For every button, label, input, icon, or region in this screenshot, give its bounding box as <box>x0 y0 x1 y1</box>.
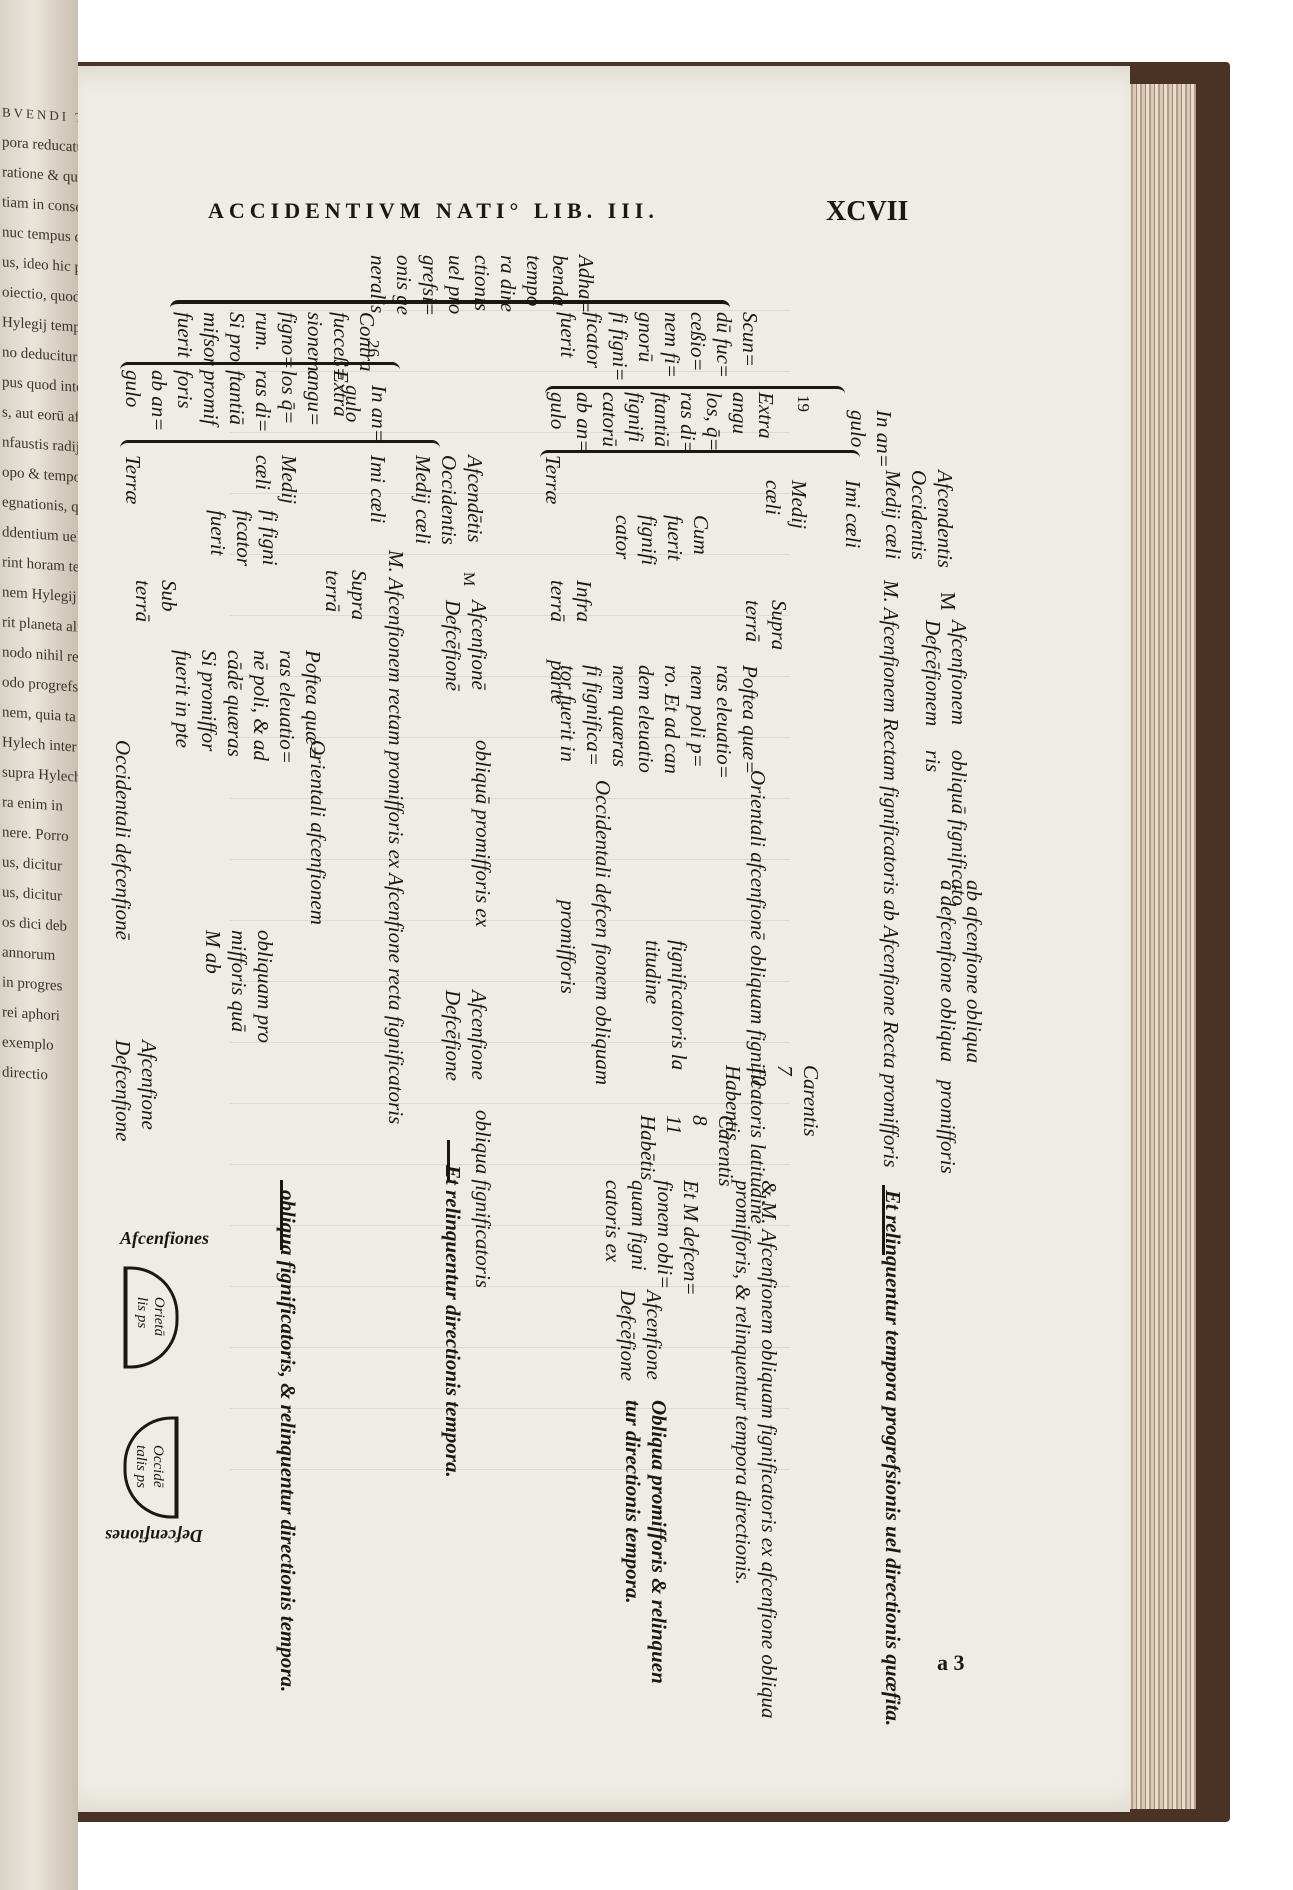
facing-page-text: BVENDI TEM pora reducatur, & probratione… <box>2 97 78 1092</box>
asc-desc-left: Afcenfionē Defcēfionē <box>440 600 492 691</box>
occidentali-descensionem-right: Occidentali defcen fionem obliquam <box>590 780 616 1085</box>
asc-desc-right: Afcenfionem Defcēfionem <box>920 620 972 726</box>
et-relinquentur-tempora-main: Et relinquentur tempora progrefsionis ue… <box>880 1190 906 1726</box>
descensiones-label: Defcenfiones <box>105 1525 203 1546</box>
obliqua-significatoris-e: obliqua fignificatoris, & relinquentur d… <box>275 1190 301 1692</box>
running-head: ACCIDENTIVM NATI° LIB. III. <box>208 198 659 224</box>
col-extra-promissor: Extra angu= los q̄= ras di= ftantiā prom… <box>120 370 354 450</box>
ab-ascensione-obliqua: ab afcenfione obliqua á defcenfione obli… <box>935 880 987 1063</box>
promissoris-right: promifforis <box>935 1080 961 1174</box>
m-right: M <box>935 592 961 611</box>
occidentali-descensionem-left: Occidentali defcenfionē <box>110 740 136 940</box>
imi-coeli-right: Imi cæli <box>840 480 866 548</box>
asc-desc-e: Afcenfione Defcenfione <box>110 1040 162 1141</box>
obliqua-promissoris-d: Obliqua promifforis & relinquen tur dire… <box>620 1400 672 1684</box>
carentis-habentis-lower: Carentis 8 11 Habētis <box>635 1115 739 1187</box>
facing-line: directio <box>2 1057 78 1092</box>
et-m-ascensionem-obliquam: & M. Afcenfionem obliquam fignificatoris… <box>730 1180 782 1719</box>
orientali-ascensionem-right: Orientali afcenfionē obliquam fignificat… <box>745 770 771 1224</box>
col-in-angulo-left: In an= gulo <box>340 385 392 443</box>
cum-fuerit: Cum fuerit fignifi cator <box>610 515 714 565</box>
obliqua-promissoris-ex: obliquā promifforis ex <box>470 740 496 927</box>
facing-lines: pora reducatur, & probratione & quantita… <box>2 127 78 1092</box>
ascensiones-label: Afcenfiones <box>120 1228 209 1249</box>
supra-terra-right: Supra terrā <box>740 600 792 650</box>
m-left: M <box>455 572 481 586</box>
postea-block-right: Poftea quæ= ras eleuatio= nem poli p= ro… <box>555 665 763 779</box>
signature-mark: a 3 <box>937 1650 965 1676</box>
num-19: 19 <box>790 395 816 412</box>
brace-vertical-3 <box>435 1140 450 1180</box>
si-significator-fuerit: fi figni ficator fuerit <box>205 510 283 566</box>
asc-group-left: Afcendētis Occidentis Medij cæli <box>410 455 488 545</box>
line-m-recta-significatoris: M. Afcenfionem Rectam fignificatoris ab … <box>878 580 904 1168</box>
orientali-ascensionem-left: Orientali afcenfionem <box>305 740 331 925</box>
significatoris-latitudine: fignificatoris la titudine <box>640 940 692 1070</box>
medij-coeli-left: Medij cæli <box>250 455 302 504</box>
brace-vertical-2 <box>268 1180 283 1250</box>
col-in-angulo-right: In an= gulo <box>845 410 897 468</box>
num-26: 26 <box>360 340 386 357</box>
terra-right: Terræ <box>540 455 566 504</box>
sub-terra: Sub terrā <box>130 580 182 622</box>
page-fore-edge <box>1128 84 1196 1809</box>
obliquam-pro-missoris: obliquam pro mifforis quā M ab <box>200 930 278 1043</box>
promissoris-mid: promifforis <box>555 900 581 994</box>
postea-block-left: Poftea quæ= ras eleuatio= nē poli, & ad … <box>170 650 326 764</box>
asc-group-right: Afcendentis Occidentis Medij cæli <box>880 470 958 568</box>
oriental-hemisphere-label: Orietā lis ps <box>133 1297 167 1336</box>
col-extra-significator: Extra angu los, q̄= ras di= ftantiā fign… <box>545 392 779 472</box>
line-m-recta-promissoris: M. Afcenfionem rectam promifforis ex Afc… <box>383 550 409 1124</box>
brace-vertical-1 <box>870 1185 885 1255</box>
facing-page: BVENDI TEM pora reducatur, & probratione… <box>0 0 78 1890</box>
terra-left: Terræ <box>120 455 146 504</box>
et-m-descensionem: Et M defcen= fionem obli= quam figni cat… <box>600 1180 704 1296</box>
et-relinquentur-c: Et relinquentur directionis tempora. <box>440 1165 466 1478</box>
medij-coeli-right: Medij cæli <box>760 480 812 529</box>
supra-terra-left: Supra terrā <box>320 570 372 620</box>
infra-terra: Infra terrā <box>545 580 597 622</box>
imi-coeli-left: Imi cæli <box>365 455 391 523</box>
folio-number: XCVII <box>826 196 908 228</box>
asc-desc-d: Afcenfione Defcēfione <box>615 1290 667 1381</box>
obliqua-significatoris-c: obliqua fignificatoris <box>470 1110 496 1288</box>
asc-desc-c: Afcenfione Defcēfione <box>440 990 492 1081</box>
occidental-hemisphere-label: Occidē talis ps <box>132 1445 166 1488</box>
